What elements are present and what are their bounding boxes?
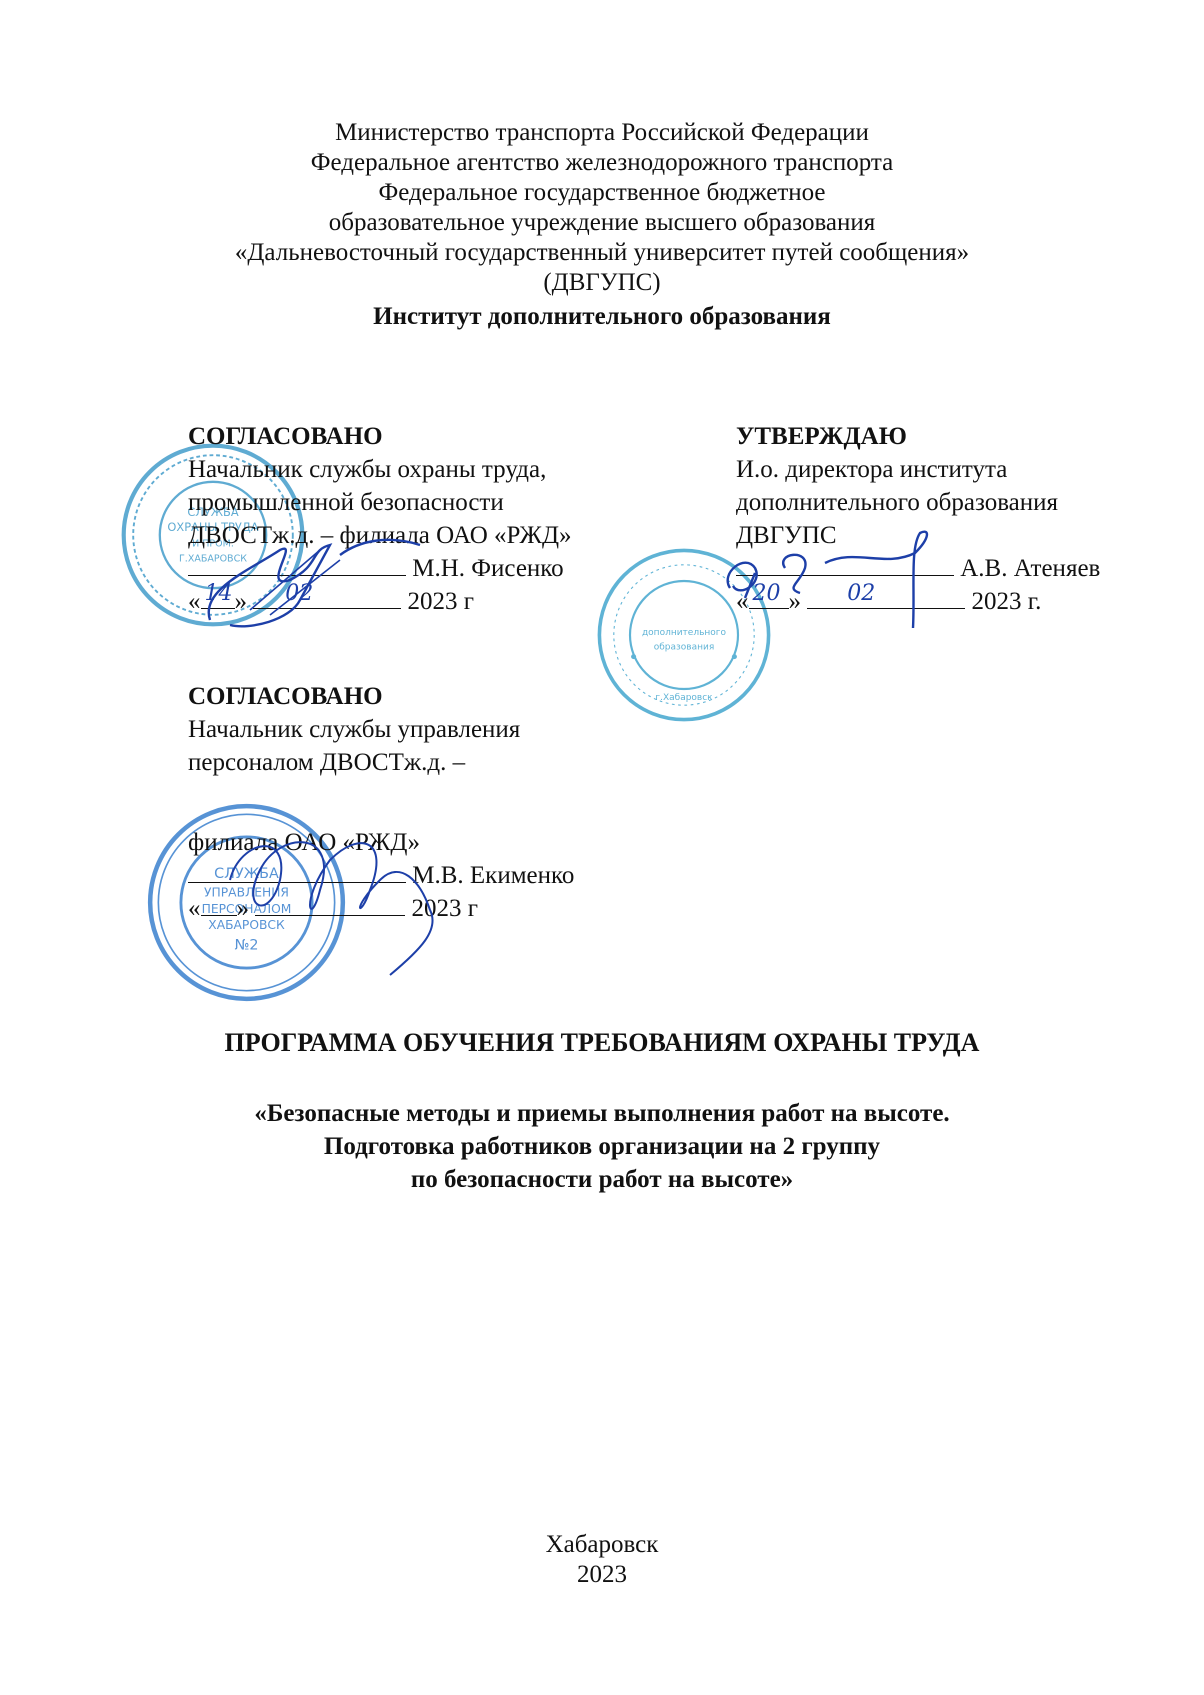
agency-line: Федеральное агентство железнодорожного т… xyxy=(0,148,1204,178)
date-row: «14» 02 2023 г xyxy=(188,585,572,618)
date-quote-close: » xyxy=(789,588,802,615)
day-blank: 14 xyxy=(201,586,235,609)
approval-block-labor-safety: СОГЛАСОВАНО Начальник службы охраны труд… xyxy=(188,420,572,618)
signature-line xyxy=(736,553,954,576)
date-quote-open: « xyxy=(188,588,201,615)
date-year: 2023 г xyxy=(412,895,479,922)
signatory-name: А.В. Атеняев xyxy=(960,555,1100,582)
approval-block-director: УТВЕРЖДАЮ И.о. директора института допол… xyxy=(736,420,1100,618)
approval-position-line: дополнительного образования xyxy=(736,486,1100,519)
approval-heading: СОГЛАСОВАНО xyxy=(188,680,574,713)
approval-heading: УТВЕРЖДАЮ xyxy=(736,420,1100,453)
signature-line xyxy=(188,860,406,883)
approval-heading: СОГЛАСОВАНО xyxy=(188,420,572,453)
svg-text:№2: №2 xyxy=(234,938,258,954)
approval-position-line: Начальник службы охраны труда, xyxy=(188,453,572,486)
approval-block-hr: СОГЛАСОВАНО Начальник службы управления … xyxy=(188,680,574,925)
approval-position-line: ДВОСТж.д. – филиала ОАО «РЖД» xyxy=(188,519,572,552)
signature-row: М.В. Екименко xyxy=(188,859,574,892)
date-year: 2023 г. xyxy=(972,588,1042,615)
subtitle-line: Подготовка работников организации на 2 г… xyxy=(0,1130,1204,1163)
program-title: ПРОГРАММА ОБУЧЕНИЯ ТРЕБОВАНИЯМ ОХРАНЫ ТР… xyxy=(0,1028,1204,1058)
ministry-line: Министерство транспорта Российской Федер… xyxy=(0,118,1204,148)
signature-row: А.В. Атеняев xyxy=(736,552,1100,585)
signature-line xyxy=(188,553,406,576)
year: 2023 xyxy=(0,1560,1204,1590)
approval-position-line: промышленной безопасности xyxy=(188,486,572,519)
svg-text:образования: образования xyxy=(654,642,715,652)
institution-type-line-2: образовательное учреждение высшего образ… xyxy=(0,208,1204,238)
document-header: Министерство транспорта Российской Федер… xyxy=(0,118,1204,332)
month-blank xyxy=(255,893,405,916)
date-quote-close: » xyxy=(237,895,250,922)
handwritten-month: 02 xyxy=(847,577,875,610)
approval-position-line: Начальник службы управления xyxy=(188,713,574,746)
approval-position-line: филиала ОАО «РЖД» xyxy=(188,826,574,859)
handwritten-month: 02 xyxy=(285,577,313,610)
city: Хабаровск xyxy=(0,1530,1204,1560)
document-footer: Хабаровск 2023 xyxy=(0,1530,1204,1590)
university-abbr: (ДВГУПС) xyxy=(0,268,1204,298)
approval-position-line: ДВГУПС xyxy=(736,519,1100,552)
signatory-name: М.В. Екименко xyxy=(412,862,574,889)
handwritten-day: 20 xyxy=(753,577,781,610)
date-year: 2023 г xyxy=(408,588,475,615)
month-blank: 02 xyxy=(807,586,965,609)
svg-text:г.Хабаровск: г.Хабаровск xyxy=(655,693,713,703)
date-quote-close: » xyxy=(235,588,248,615)
day-blank xyxy=(201,893,237,916)
approval-position-line: И.о. директора института xyxy=(736,453,1100,486)
date-quote-open: « xyxy=(736,588,749,615)
day-blank: 20 xyxy=(749,586,789,609)
university-name: «Дальневосточный государственный универс… xyxy=(0,238,1204,268)
program-subtitle: «Безопасные методы и приемы выполнения р… xyxy=(0,1097,1204,1196)
month-blank: 02 xyxy=(253,586,401,609)
svg-text:дополнительного: дополнительного xyxy=(642,628,727,638)
date-row: «20» 02 2023 г. xyxy=(736,585,1100,618)
subtitle-line: «Безопасные методы и приемы выполнения р… xyxy=(0,1097,1204,1130)
institution-type-line: Федеральное государственное бюджетное xyxy=(0,178,1204,208)
signature-row: М.Н. Фисенко xyxy=(188,552,572,585)
subtitle-line: по безопасности работ на высоте» xyxy=(0,1163,1204,1196)
date-row: «» 2023 г xyxy=(188,892,574,925)
date-quote-open: « xyxy=(188,895,201,922)
institute-name: Институт дополнительного образования xyxy=(0,302,1204,332)
signatory-name: М.Н. Фисенко xyxy=(412,555,563,582)
handwritten-day: 14 xyxy=(205,577,233,610)
approval-position-line: персоналом ДВОСТж.д. – xyxy=(188,746,574,779)
